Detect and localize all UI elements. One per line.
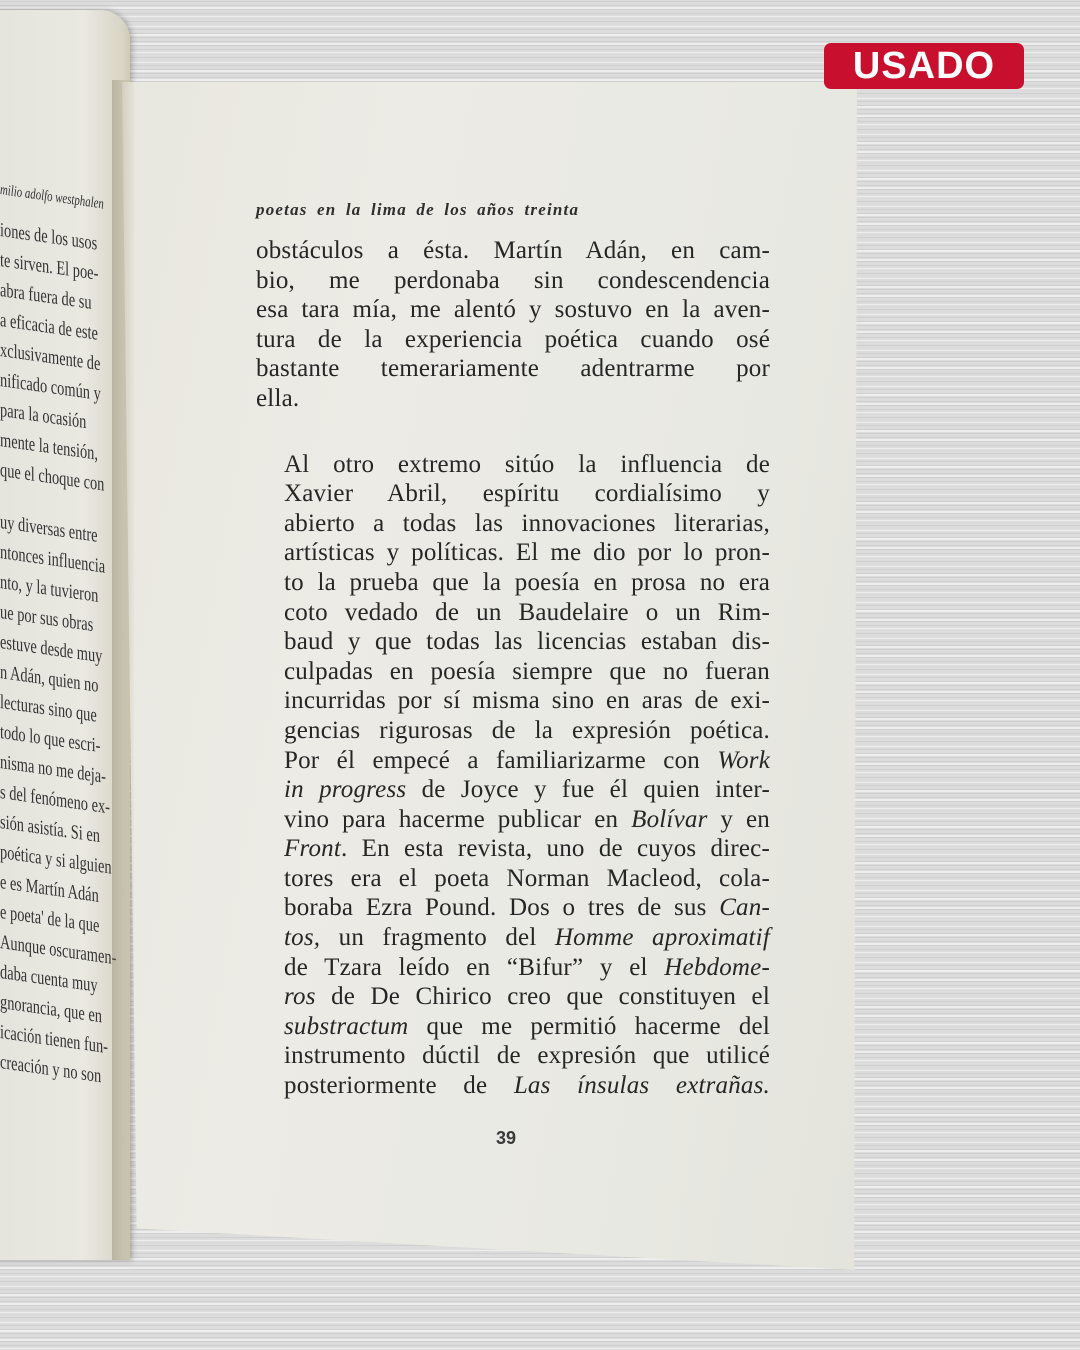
text-line: baud y que todas las licencias estaban d… — [256, 627, 770, 657]
text-line: Front. En esta revista, uno de cuyos dir… — [256, 834, 770, 864]
title-las-insulas-extranas: Las ínsulas extrañas. — [514, 1072, 770, 1099]
text-line: coto vedado de un Baudelaire o un Rim- — [256, 598, 770, 628]
paragraph-2: Al otro extremo sitúo la influencia de X… — [256, 450, 770, 1101]
text-line: bastante temerariamente adentrarme por — [256, 354, 770, 384]
text-line: artísticas y políticas. El me dio por lo… — [256, 538, 770, 568]
title-front: Front — [284, 835, 341, 862]
title-homme-aproximatif: Homme aproximatif — [555, 924, 770, 951]
text-line: instrumento dúctil de expresión que util… — [256, 1041, 770, 1071]
left-book-page: milio adolfo westphalen iones de los uso… — [0, 10, 130, 1260]
title-work-in-progress: Work — [717, 747, 770, 774]
left-page-text: milio adolfo westphalen iones de los uso… — [0, 175, 83, 1089]
text-line: tores era el poeta Norman Macleod, cola- — [256, 864, 770, 894]
text-line: culpadas en poesía siempre que no fueran — [256, 657, 770, 687]
text-line: tura de la experiencia poética cuando os… — [256, 325, 770, 355]
title-bolivar: Bolívar — [631, 806, 707, 833]
paragraph-1: obstáculos a ésta. Martín Adán, en cam- … — [256, 236, 770, 414]
text-line: Al otro extremo sitúo la influencia de — [256, 450, 770, 480]
left-running-head: milio adolfo westphalen — [0, 175, 83, 217]
text-line: posteriormente de Las ínsulas extrañas. — [256, 1071, 770, 1101]
text-line: Xavier Abril, espíritu cordialísimo y — [256, 479, 770, 509]
running-head: poetas en la lima de los años treinta — [256, 200, 579, 220]
text-line: abierto a todas las innovaciones literar… — [256, 509, 770, 539]
text-line: ros de De Chirico creo que constituyen e… — [256, 982, 770, 1012]
text-line: tos, un fragmento del Homme aproximatif — [256, 923, 770, 953]
text-line: Por él empecé a familiarizarme con Work — [256, 746, 770, 776]
text-line: substractum que me permitió hacerme del — [256, 1012, 770, 1042]
text-line: bio, me perdonaba sin condescendencia — [256, 266, 770, 296]
condition-badge-used: USADO — [824, 43, 1024, 89]
text-line: esa tara mía, me alentó y sostuvo en la … — [256, 295, 770, 325]
text-line: gencias rigurosas de la expresión poétic… — [256, 716, 770, 746]
text-line: incurridas por sí misma sino en aras de … — [256, 686, 770, 716]
text-line: vino para hacerme publicar en Bolívar y … — [256, 805, 770, 835]
page-number: 39 — [496, 1128, 516, 1149]
book-spine-shadow — [112, 80, 134, 1260]
text-line: in progress de Joyce y fue él quien inte… — [256, 775, 770, 805]
page-body-text: obstáculos a ésta. Martín Adán, en cam- … — [256, 236, 770, 1101]
text-line: ella. — [256, 384, 770, 414]
text-line: de Tzara leído en “Bifur” y el Hebdome- — [256, 953, 770, 983]
text-line: boraba Ezra Pound. Dos o tres de sus Can… — [256, 893, 770, 923]
text-line: obstáculos a ésta. Martín Adán, en cam- — [256, 236, 770, 266]
badge-label: USADO — [853, 45, 995, 88]
text-line: to la prueba que la poesía en prosa no e… — [256, 568, 770, 598]
